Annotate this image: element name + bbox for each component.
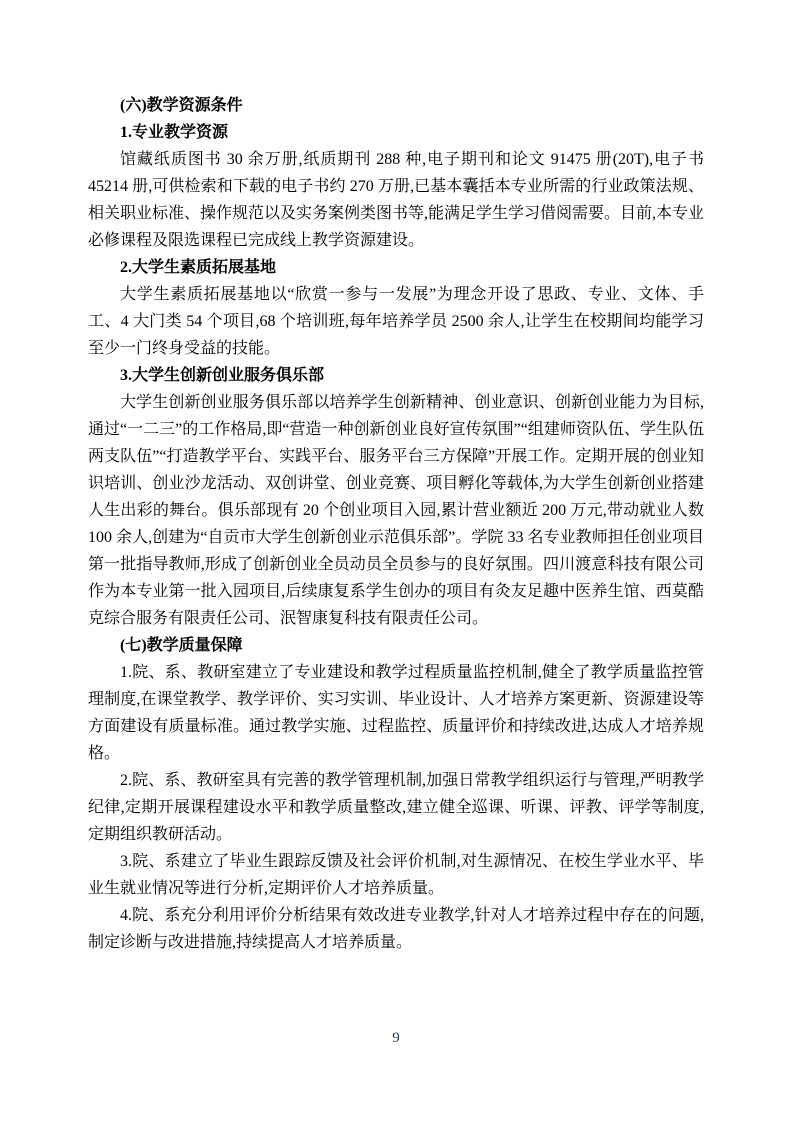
subsection-2-heading: 2.大学生素质拓展基地	[88, 254, 704, 281]
subsection-3-heading: 3.大学生创新创业服务俱乐部	[88, 362, 704, 389]
paragraph-professional-teaching-resources: 馆藏纸质图书 30 余万册,纸质期刊 288 种,电子期刊和论文 91475 册…	[88, 146, 704, 254]
paragraph-quality-assurance-2: 2.院、系、教研室具有完善的教学管理机制,加强日常教学组织运行与管理,严明教学纪…	[88, 767, 704, 848]
subsection-1-heading: 1.专业教学资源	[88, 119, 704, 146]
section-7-heading: (七)教学质量保障	[88, 632, 704, 659]
paragraph-innovation-entrepreneurship-club: 大学生创新创业服务俱乐部以培养学生创新精神、创业意识、创新创业能力为目标,通过“…	[88, 389, 704, 632]
section-6-heading: (六)教学资源条件	[88, 92, 704, 119]
document-page: (六)教学资源条件 1.专业教学资源 馆藏纸质图书 30 余万册,纸质期刊 28…	[0, 0, 792, 1121]
page-number: 9	[392, 1030, 400, 1046]
paragraph-quality-assurance-4: 4.院、系充分利用评价分析结果有效改进专业教学,针对人才培养过程中存在的问题,制…	[88, 902, 704, 956]
document-content: (六)教学资源条件 1.专业教学资源 馆藏纸质图书 30 余万册,纸质期刊 28…	[88, 92, 704, 956]
paragraph-quality-assurance-3: 3.院、系建立了毕业生跟踪反馈及社会评价机制,对生源情况、在校生学业水平、毕业生…	[88, 848, 704, 902]
paragraph-quality-development-base: 大学生素质拓展基地以“欣赏一参与一发展”为理念开设了思政、专业、文体、手工、4 …	[88, 281, 704, 362]
paragraph-quality-assurance-1: 1.院、系、教研室建立了专业建设和教学过程质量监控机制,健全了教学质量监控管理制…	[88, 659, 704, 767]
page-footer: 9	[0, 1028, 792, 1048]
